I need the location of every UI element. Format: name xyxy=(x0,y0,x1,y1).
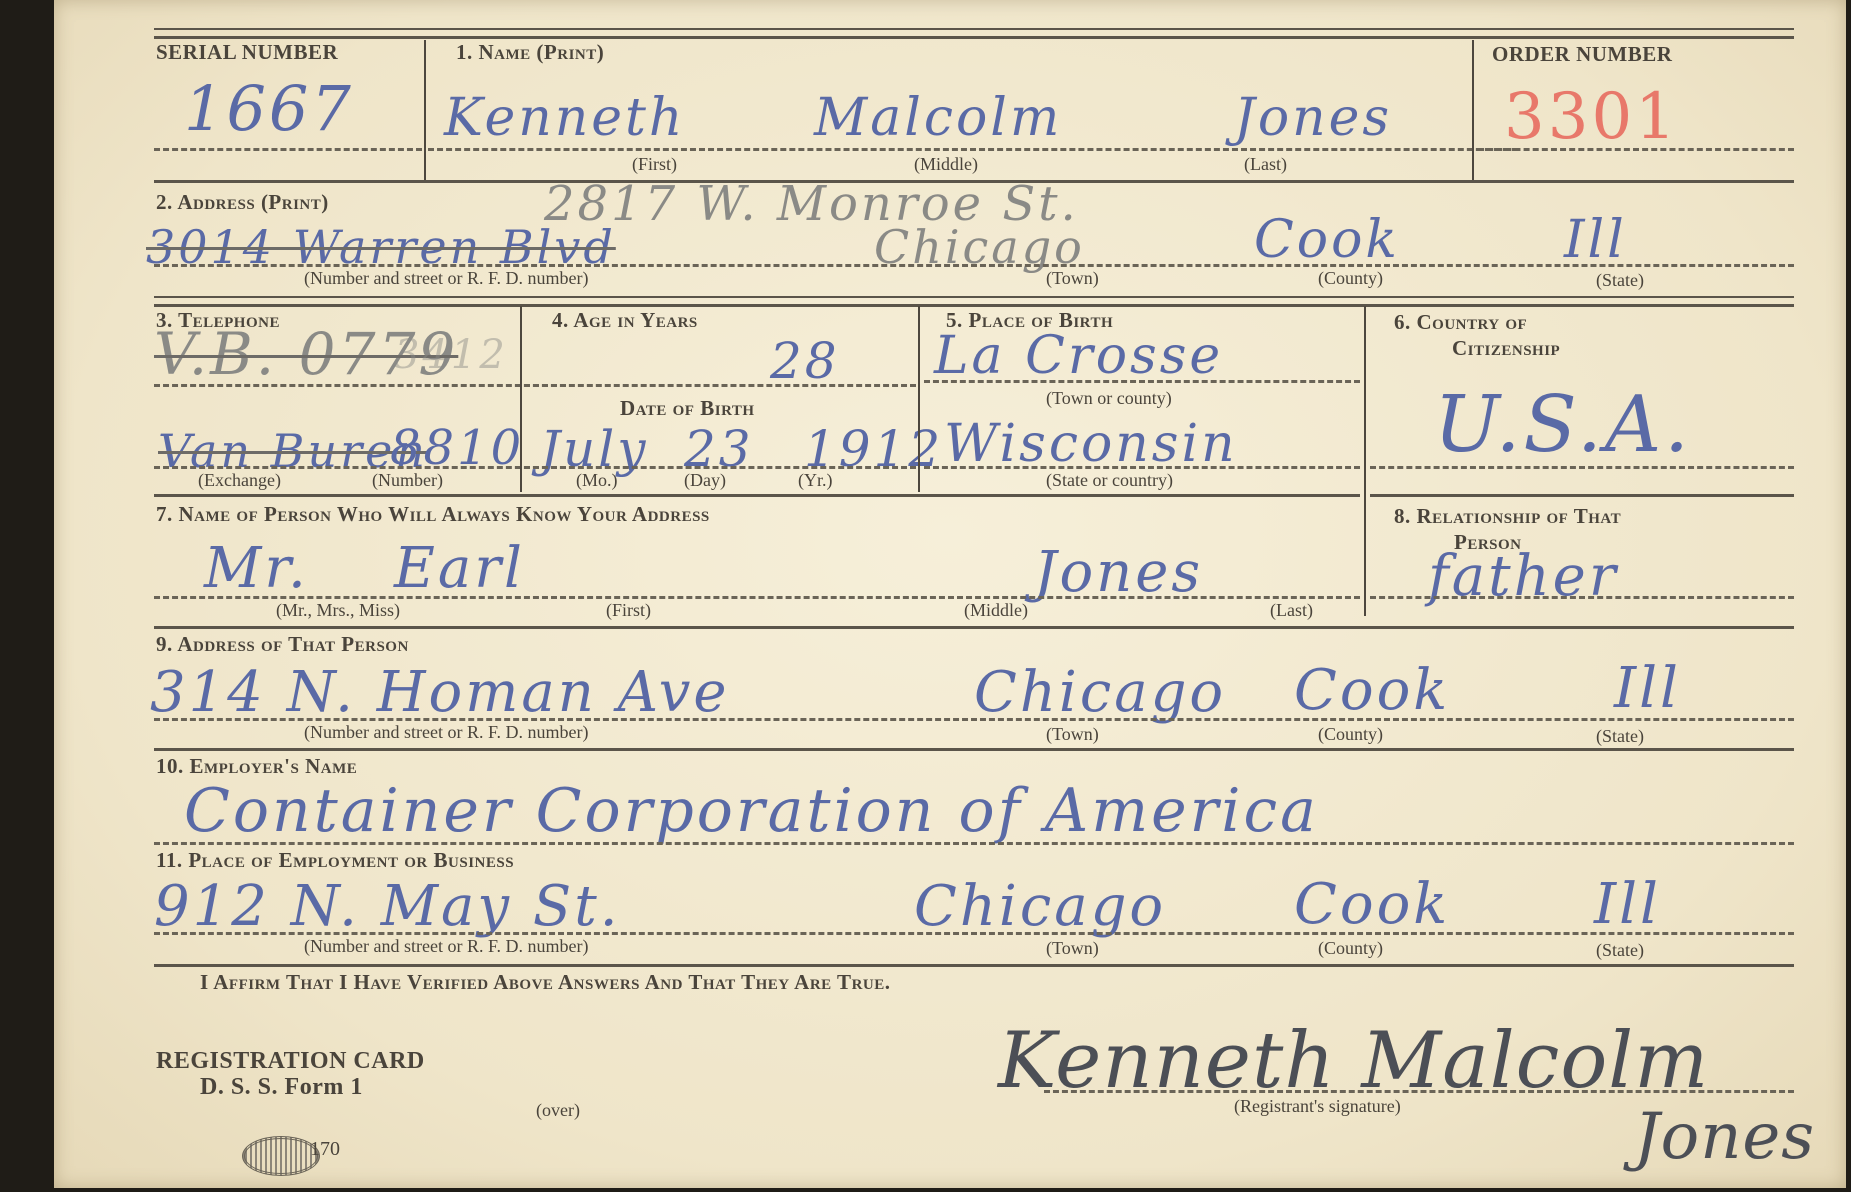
name-label: 1. Name (Print) xyxy=(456,40,604,65)
dashed-line xyxy=(1478,148,1794,151)
rule xyxy=(154,296,1794,298)
dashed-line xyxy=(524,466,916,469)
serial-number-label: SERIAL NUMBER xyxy=(156,40,338,65)
address-county-sublabel: (County) xyxy=(1318,268,1383,289)
contact-middle-sublabel: (Middle) xyxy=(964,600,1028,621)
contact-address-state-sublabel: (State) xyxy=(1596,726,1644,747)
citizenship-value: U.S.A. xyxy=(1434,380,1692,470)
telephone-faint: 3412 xyxy=(394,332,508,378)
name-last: Jones xyxy=(1234,88,1392,148)
rule xyxy=(154,626,1794,629)
dashed-line xyxy=(154,842,1794,845)
contact-last-sublabel: (Last) xyxy=(1270,600,1313,621)
citizenship-label-1: 6. Country of xyxy=(1394,310,1527,335)
dashed-line xyxy=(154,718,1794,721)
telephone-number-sublabel: (Number) xyxy=(372,470,443,491)
order-number-label: ORDER NUMBER xyxy=(1492,42,1672,67)
address-county: Cook xyxy=(1254,210,1400,270)
serial-number-value: 1667 xyxy=(184,72,354,145)
birthplace-state: Wisconsin xyxy=(944,414,1238,474)
signature-line-2: Jones xyxy=(1634,1100,1815,1174)
employment-street: 912 N. May St. xyxy=(154,874,621,939)
dob-year-sublabel: (Yr.) xyxy=(798,470,833,491)
dob-month-sublabel: (Mo.) xyxy=(576,470,618,491)
contact-address-county: Cook xyxy=(1294,658,1450,723)
dashed-line xyxy=(154,596,1360,599)
signature-label: (Registrant's signature) xyxy=(1234,1096,1401,1117)
employment-state: Ill xyxy=(1594,872,1661,937)
registration-card: SERIAL NUMBER 1667 1. Name (Print) Kenne… xyxy=(54,0,1846,1188)
dashed-line xyxy=(1370,596,1794,599)
divider xyxy=(1364,306,1366,616)
form-id: D. S. S. Form 1 xyxy=(200,1074,363,1101)
dashed-line xyxy=(524,384,916,387)
employment-town-sublabel: (Town) xyxy=(1046,938,1099,959)
address-town-sublabel: (Town) xyxy=(1046,268,1099,289)
employer-value: Container Corporation of America xyxy=(184,776,1319,846)
dashed-line xyxy=(154,384,566,387)
top-rule xyxy=(154,28,1794,30)
union-label-seal-icon xyxy=(242,1136,320,1176)
name-first-sublabel: (First) xyxy=(632,154,677,175)
relationship-value: father xyxy=(1428,544,1619,609)
contact-title-sublabel: (Mr., Mrs., Miss) xyxy=(276,600,400,621)
employment-state-sublabel: (State) xyxy=(1596,940,1644,961)
name-middle-sublabel: (Middle) xyxy=(914,154,978,175)
name-last-sublabel: (Last) xyxy=(1244,154,1287,175)
employment-street-sublabel: (Number and street or R. F. D. number) xyxy=(304,936,589,957)
divider xyxy=(520,306,522,492)
contact-first-sublabel: (First) xyxy=(606,600,651,621)
contact-address-state: Ill xyxy=(1614,656,1681,721)
address-state-sublabel: (State) xyxy=(1596,270,1644,291)
affirmation-text: I Affirm That I Have Verified Above Answ… xyxy=(200,970,891,995)
birthplace-state-sublabel: (State or country) xyxy=(1046,470,1173,491)
dashed-line xyxy=(154,148,422,151)
contact-address-label: 9. Address of That Person xyxy=(156,632,409,657)
dashed-line xyxy=(154,264,1794,267)
dob-day-sublabel: (Day) xyxy=(684,470,726,491)
signature-line xyxy=(1044,1090,1794,1093)
address-state: Ill xyxy=(1564,210,1627,270)
rule xyxy=(154,748,1794,751)
rule xyxy=(154,494,1360,497)
employment-county-sublabel: (County) xyxy=(1318,938,1383,959)
dashed-line xyxy=(1370,466,1794,469)
dashed-line xyxy=(154,932,1794,935)
contact-address-street: 314 N. Homan Ave xyxy=(150,660,730,725)
dashed-line xyxy=(154,466,566,469)
employment-town: Chicago xyxy=(914,874,1166,939)
contact-label: 7. Name of Person Who Will Always Know Y… xyxy=(156,502,710,527)
rule xyxy=(1370,494,1794,497)
age-label: 4. Age in Years xyxy=(552,308,698,333)
dashed-line xyxy=(924,466,1360,469)
order-number-value: 3301 xyxy=(1504,80,1679,154)
top-rule-2 xyxy=(154,36,1794,39)
relationship-label-1: 8. Relationship of That xyxy=(1394,504,1621,529)
divider xyxy=(1472,40,1474,180)
card-title: REGISTRATION CARD xyxy=(156,1048,425,1075)
name-middle: Malcolm xyxy=(814,88,1062,148)
dob-label: Date of Birth xyxy=(620,396,755,421)
address-label: 2. Address (Print) xyxy=(156,190,329,215)
over-note: (over) xyxy=(536,1100,580,1121)
divider xyxy=(424,40,426,180)
dashed-line xyxy=(428,148,1518,151)
contact-address-town-sublabel: (Town) xyxy=(1046,724,1099,745)
birthplace-town: La Crosse xyxy=(934,326,1223,386)
divider xyxy=(918,306,920,492)
address-street-sublabel: (Number and street or R. F. D. number) xyxy=(304,268,589,289)
contact-address-town: Chicago xyxy=(974,660,1226,725)
citizenship-label-2: Citizenship xyxy=(1452,336,1560,361)
contact-first: Earl xyxy=(394,536,525,601)
employment-county: Cook xyxy=(1294,872,1450,937)
name-first: Kenneth xyxy=(444,88,685,148)
contact-address-county-sublabel: (County) xyxy=(1318,724,1383,745)
rule xyxy=(154,964,1794,967)
employment-place-label: 11. Place of Employment or Business xyxy=(156,848,514,873)
printer-number: 170 xyxy=(310,1138,340,1161)
age-value: 28 xyxy=(770,332,840,390)
telephone-exchange-sublabel: (Exchange) xyxy=(198,470,281,491)
rule xyxy=(154,304,1794,307)
birthplace-town-sublabel: (Town or county) xyxy=(1046,388,1172,409)
contact-address-street-sublabel: (Number and street or R. F. D. number) xyxy=(304,722,589,743)
dashed-line xyxy=(924,380,1360,383)
contact-title: Mr. xyxy=(204,536,309,601)
